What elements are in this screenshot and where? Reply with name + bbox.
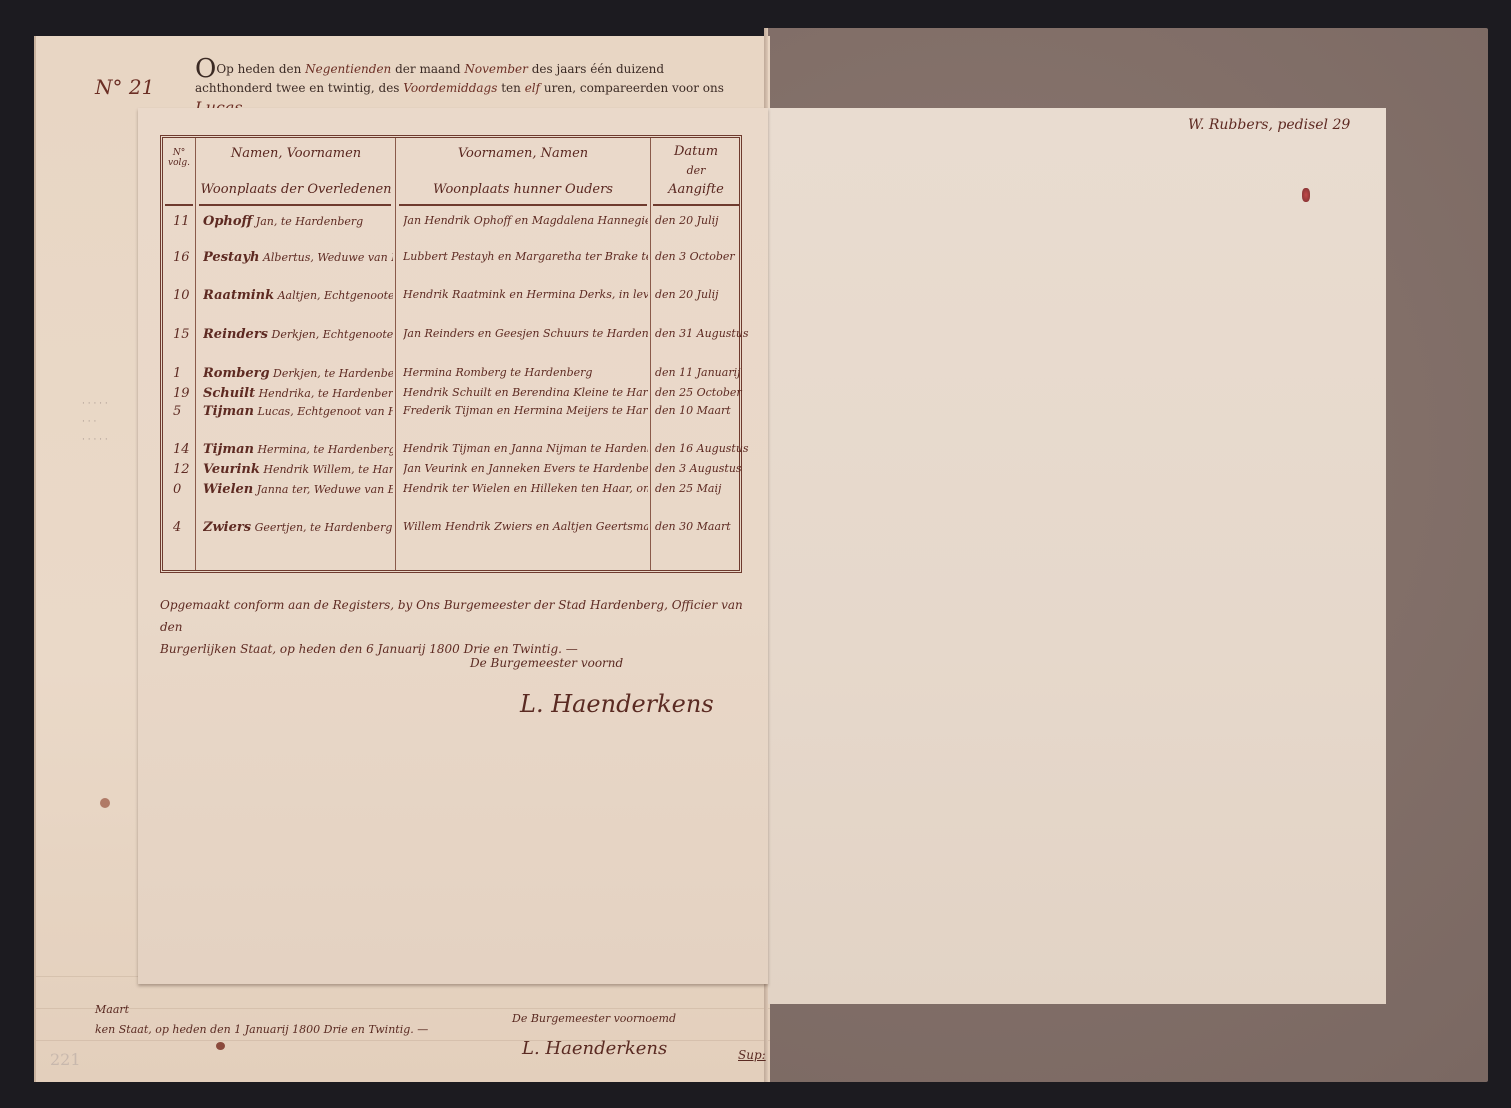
deaths-register-table: N° volg. Namen, Voornamen Woonplaats der… (160, 135, 742, 573)
ink-stain (216, 1042, 225, 1050)
red-wax-mark (1302, 188, 1310, 202)
margin-print-faded: · · · · ·· · ·· · · · · (82, 395, 108, 449)
underlying-signature: L. Haenderkens (522, 1038, 667, 1059)
header-col3-mid: der (653, 164, 739, 177)
right-blank-sheet (768, 108, 1386, 1004)
header-col2-bottom: Woonplaats hunner Ouders (399, 182, 647, 197)
sup-mark: Sup: (738, 1048, 766, 1062)
underlying-signer-title: De Burgemeester voornoemd (512, 1012, 676, 1025)
header-nr: N° volg. (165, 148, 193, 168)
signature: L. Haenderkens (520, 690, 714, 718)
pencil-page-number: 221 (50, 1050, 81, 1069)
record-number: N° 21 (95, 75, 154, 99)
right-page-annotation: W. Rubbers, pedisel 29 (1188, 117, 1350, 133)
closing-statement: Opgemaakt conform aan de Registers, by O… (160, 594, 745, 660)
header-col1-top: Namen, Voornamen (199, 146, 393, 161)
signer-title: De Burgemeester voornd (470, 656, 623, 670)
header-col3-bottom: Aangifte (653, 182, 739, 197)
header-col3-top: Datum (653, 144, 739, 159)
header-col1-bottom: Woonplaats der Overledenen (199, 182, 393, 197)
ink-stain (100, 798, 110, 808)
header-col2-top: Voornamen, Namen (399, 146, 647, 161)
